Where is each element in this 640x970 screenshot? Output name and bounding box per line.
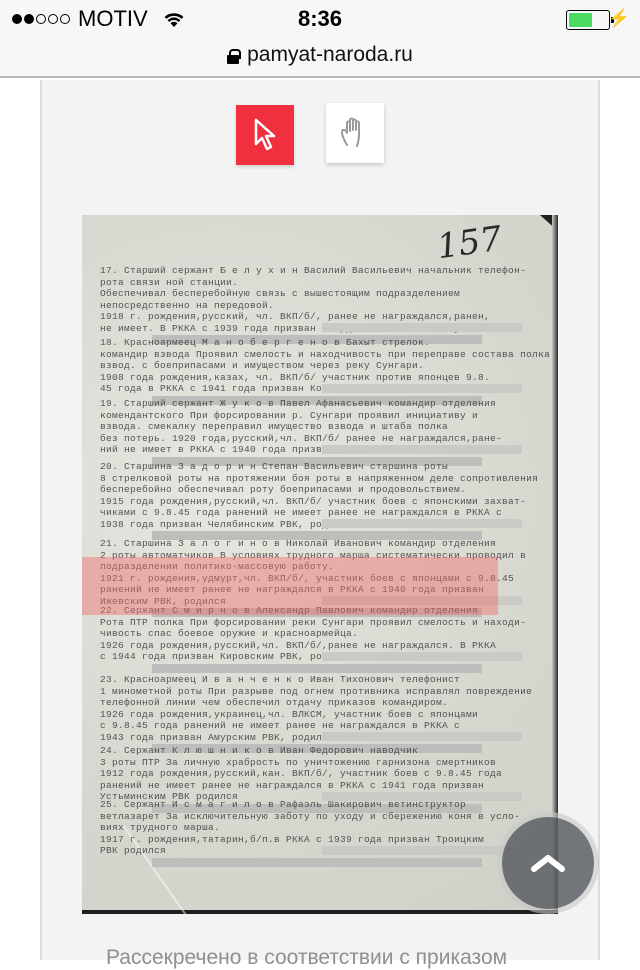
- typed-line: комендантского При форсировании р. Сунга…: [100, 410, 478, 421]
- redaction-bar: [322, 652, 522, 661]
- typed-line: чиками с 9.8.45 года ранений не имеет ра…: [100, 507, 502, 518]
- typed-line: взвод. с боеприпасами и имуществом через…: [100, 360, 424, 371]
- chevron-up-icon: [528, 851, 568, 875]
- lock-icon: [227, 49, 239, 64]
- charging-bolt-icon: ⚡: [608, 8, 630, 29]
- paper-edge: [82, 910, 558, 914]
- typed-line: телефонной линии чем обеспечил отдачу пр…: [100, 697, 448, 708]
- redaction-bar: [322, 384, 522, 393]
- clock: 8:36: [0, 6, 640, 32]
- redaction-bar: [152, 858, 482, 867]
- document-viewer: 157 17. Старший сержант Б е л у х и н Ва…: [40, 80, 600, 960]
- url-text: pamyat-naroda.ru: [247, 40, 413, 70]
- typed-line: 17. Старший сержант Б е л у х и н Васили…: [100, 265, 526, 276]
- typed-line: непосредственно на передовой.: [100, 300, 274, 311]
- typed-line: ветлазарет За исключительную заботу по у…: [100, 811, 520, 822]
- typed-line: 1926 года рождения,русский,чл. ВКП/б/,ра…: [100, 640, 496, 651]
- typed-line: 25. Сержант И с м а г и л о в Рафаэль Ша…: [100, 799, 466, 810]
- redaction-bar: [322, 732, 522, 741]
- typed-line: без потерь. 1920 года,русский,чл. ВКП/б/…: [100, 433, 502, 444]
- url-display[interactable]: pamyat-naroda.ru: [227, 40, 413, 70]
- typed-line: 21. Старшина З а л о г и н о в Николай И…: [100, 538, 496, 549]
- typed-line: рота связи ной станции.: [100, 277, 238, 288]
- redaction-bar: [322, 519, 522, 528]
- highlighted-entry[interactable]: [82, 557, 498, 615]
- typed-line: Обеспечивал бесперебойную связь с вышест…: [100, 288, 460, 299]
- typed-line: 19. Старший сержант Ж у к о в Павел Афан…: [100, 398, 496, 409]
- redaction-bar: [152, 664, 482, 673]
- hand-icon: [338, 115, 372, 151]
- handwritten-page-number: 157: [435, 219, 505, 268]
- typed-line: 1917 г. рождения,татарин,б/п.в РККА с 19…: [100, 834, 484, 845]
- typed-line: 3 роты ПТР За личную храбрость по уничто…: [100, 757, 496, 768]
- typed-line: с 1944 года призван Кировским РВК, родил…: [100, 651, 352, 662]
- redaction-bar: [322, 445, 522, 454]
- typed-line: 8 стрелковой роты на протяжении боя роты…: [100, 473, 538, 484]
- redaction-bar: [322, 323, 522, 332]
- typed-line: с 9.8.45 года ранений не имеет ранее не …: [100, 720, 460, 731]
- browser-address-bar[interactable]: pamyat-naroda.ru: [0, 40, 640, 78]
- cursor-arrow-icon: [250, 117, 280, 153]
- typed-line: Рота ПТР полка При форсировании реки Сун…: [100, 617, 526, 628]
- typed-line: взвода. смекалку переправил имущество вз…: [100, 421, 448, 432]
- scroll-to-top-button[interactable]: [502, 817, 594, 909]
- typed-line: 1915 года рождения,русский,чл. ВКП/б/ уч…: [100, 496, 526, 507]
- typed-line: чивость спас боевое оружие и красноармей…: [100, 628, 358, 639]
- typed-line: 1 минометной роты При разрыве под огнем …: [100, 686, 532, 697]
- battery-icon: [566, 10, 610, 30]
- ios-status-bar: MOTIV 8:36 ⚡: [0, 0, 640, 40]
- typed-line: 18. Красноармеец М а н о б е р г е н о в…: [100, 337, 430, 348]
- typed-line: 1912 года рождения,русский,кан. ВКП/б/, …: [100, 768, 502, 779]
- typed-line: ранений не имеет ранее не награждался в …: [100, 780, 484, 791]
- paper-edge: [552, 215, 558, 914]
- typed-line: 1938 года призван Челябинским РВК, родил…: [100, 519, 352, 530]
- typed-line: 24. Сержант К л ю ш н и к о в Иван Федор…: [100, 745, 418, 756]
- typed-line: виях трудного марша.: [100, 822, 220, 833]
- redaction-bar: [322, 846, 522, 855]
- typed-line: 1926 года рождения,украинец,чл. ВЛКСМ, у…: [100, 709, 478, 720]
- battery-level: [569, 13, 592, 27]
- pan-tool-button[interactable]: [326, 103, 384, 163]
- typed-line: 1943 года призван Амурским РВК, родился: [100, 732, 334, 743]
- typed-line: бесперебойно обеспечивал роту боеприпаса…: [100, 484, 466, 495]
- archive-document-scan[interactable]: 157 17. Старший сержант Б е л у х и н Ва…: [82, 215, 558, 914]
- typed-line: 23. Красноармеец И в а н ч е н к о Иван …: [100, 674, 460, 685]
- typed-line: РВК родился: [100, 845, 166, 856]
- typed-line: командир взвода Проявил смелость и наход…: [100, 349, 550, 360]
- typed-line: 1918 г. рождения,русский, чл. ВКП/б/, ра…: [100, 311, 490, 322]
- typed-line: 20. Старшина З а д о р и н Степан Василь…: [100, 461, 448, 472]
- typed-line: 1908 года рождения,казах, чл. ВКП/б/ уча…: [100, 372, 490, 383]
- declassification-caption: Рассекречено в соответствии с приказом: [106, 946, 507, 960]
- select-tool-button[interactable]: [236, 105, 294, 165]
